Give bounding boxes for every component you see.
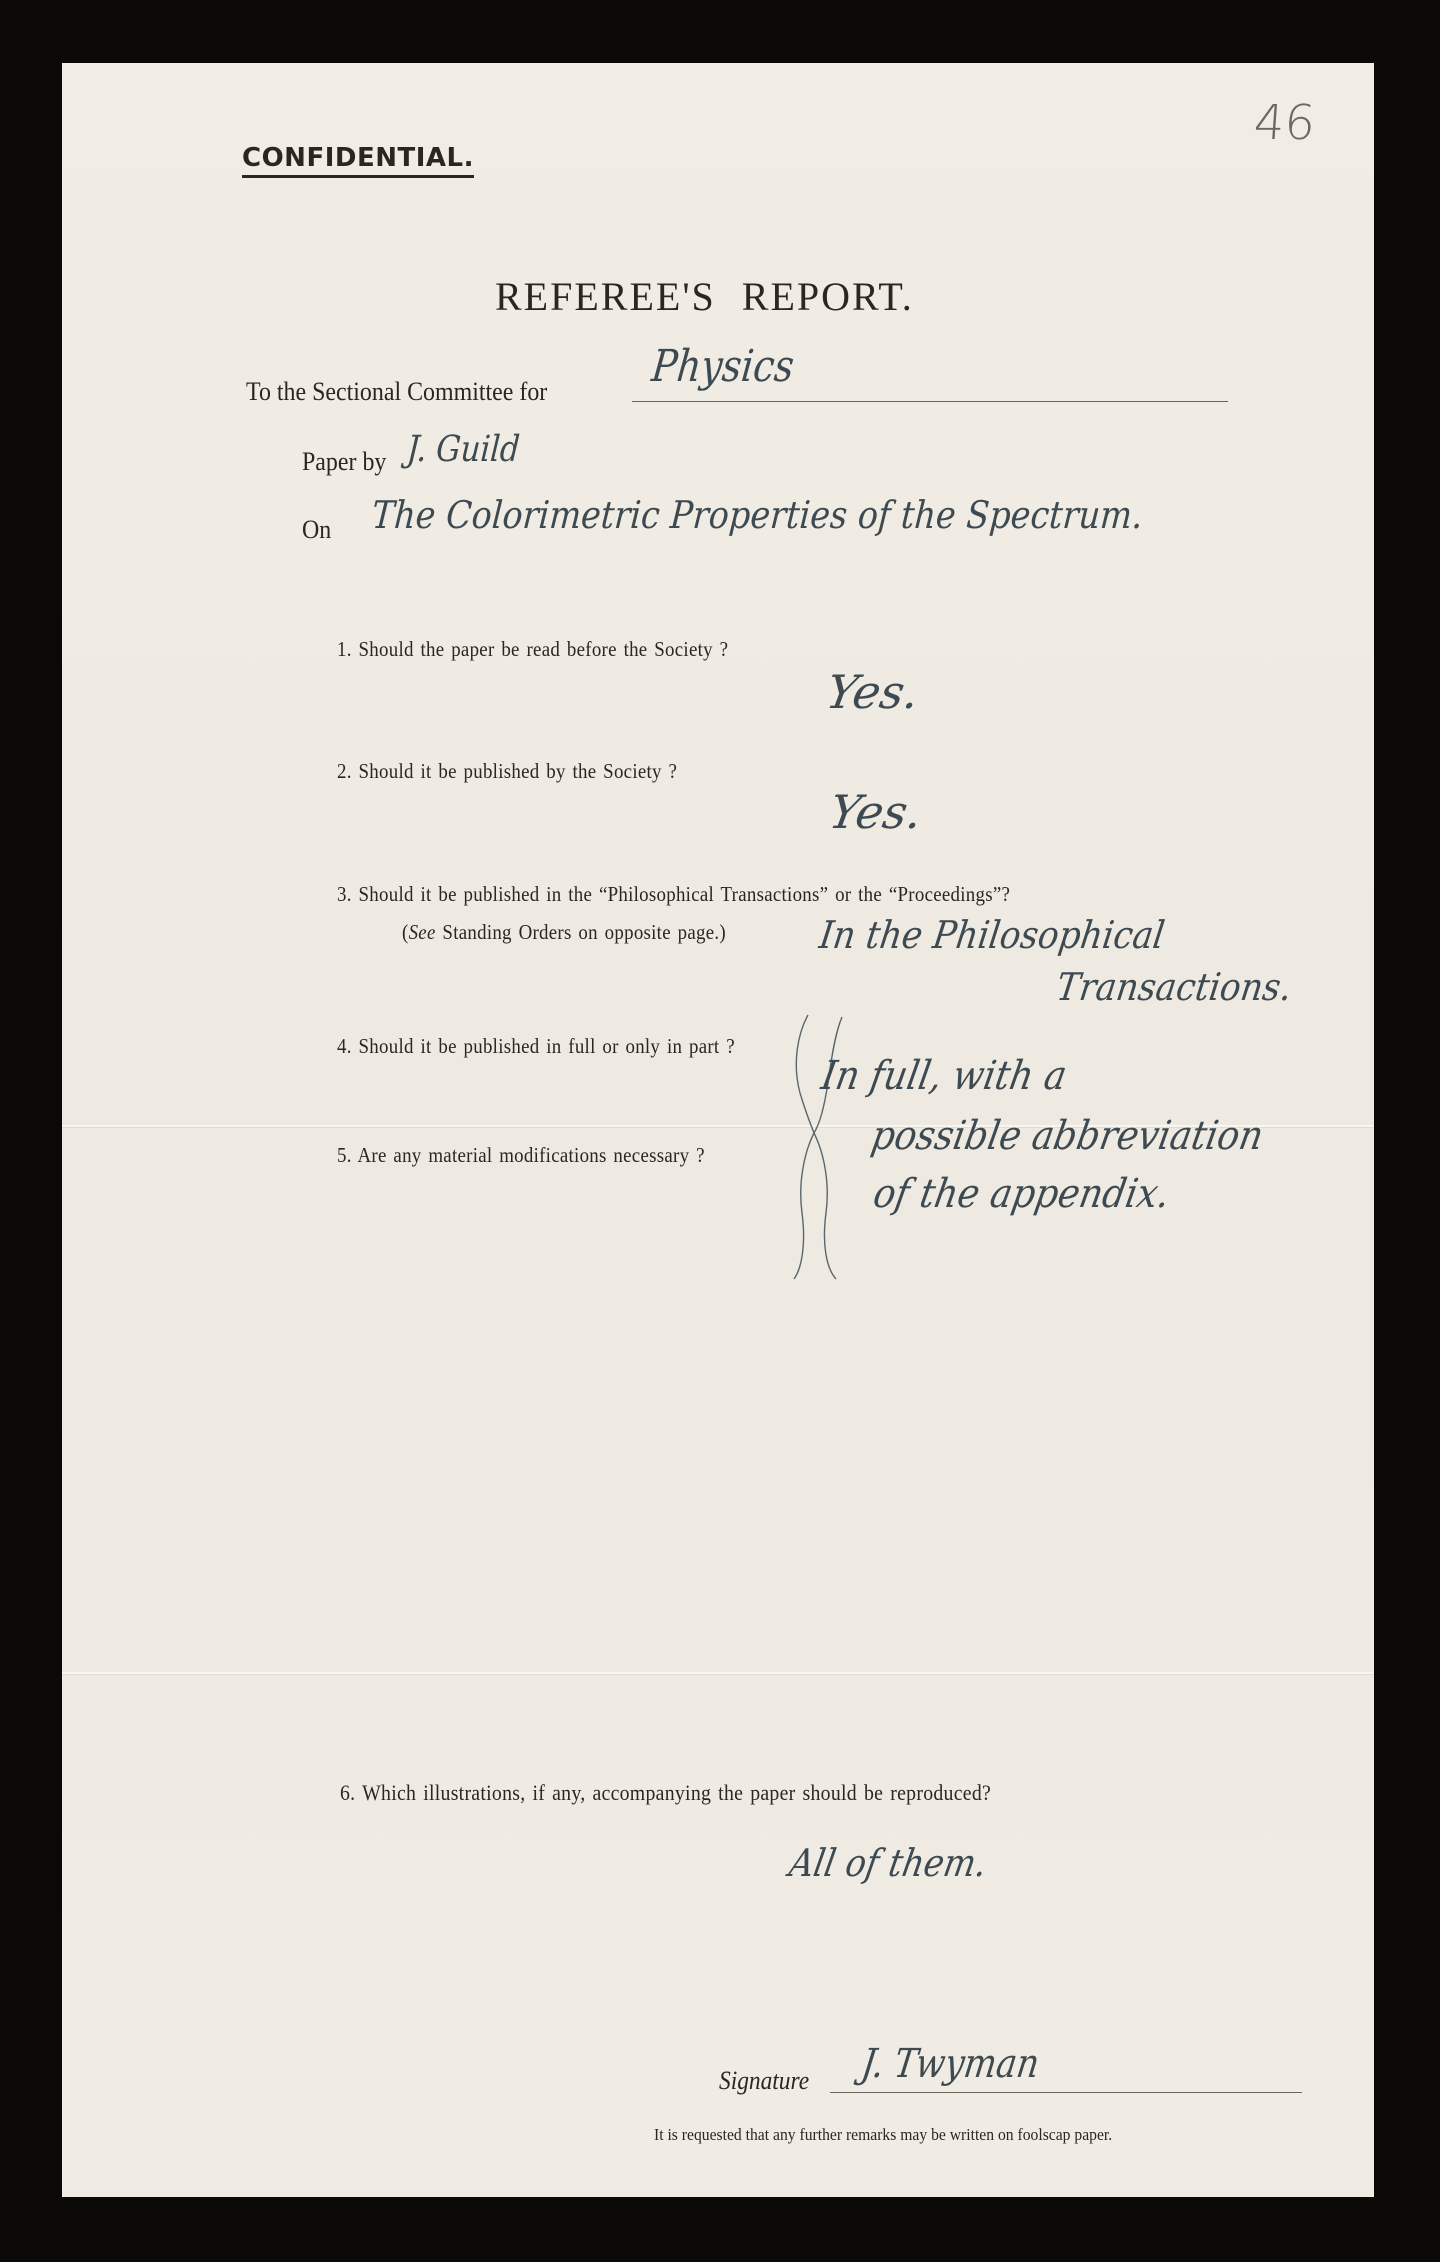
question-2: 2. Should it be published by the Society… [337, 759, 677, 784]
confidential-label: CONFIDENTIAL. [242, 143, 474, 178]
see-italic: See [409, 920, 436, 944]
paper-title-field[interactable]: The Colorimetric Properties of the Spect… [370, 493, 1144, 537]
question-6-text: Which illustrations, if any, accompanyin… [362, 1780, 991, 1805]
question-3-note: (See Standing Orders on opposite page.) [402, 920, 726, 945]
page-number: 46 [1252, 95, 1317, 151]
question-4-number: 4. [337, 1034, 352, 1058]
answer-4-5-line1[interactable]: In full, with a [818, 1053, 1070, 1099]
on-label: On [302, 515, 331, 545]
question-1-text: Should the paper be read before the Soci… [359, 637, 729, 661]
answer-4-5-line2[interactable]: possible abbreviation [868, 1113, 1267, 1159]
question-3-text: Should it be published in the “Philosoph… [359, 882, 1011, 906]
question-3-number: 3. [337, 882, 352, 906]
paper-by-label: Paper by [302, 447, 386, 477]
answer-1[interactable]: Yes. [822, 665, 923, 719]
paper-by-field[interactable]: J. Guild [406, 429, 522, 470]
answer-6[interactable]: All of them. [786, 1841, 990, 1885]
committee-field[interactable]: Physics [649, 341, 796, 392]
question-2-text: Should it be published by the Society ? [359, 759, 678, 783]
answer-4-5-line3[interactable]: of the appendix. [870, 1171, 1173, 1217]
question-3: 3. Should it be published in the “Philos… [337, 882, 1010, 907]
question-4: 4. Should it be published in full or onl… [337, 1034, 735, 1059]
question-5: 5. Are any material modifications necess… [337, 1143, 705, 1168]
committee-label: To the Sectional Committee for [246, 377, 547, 407]
question-1-number: 1. [337, 637, 352, 661]
answer-2[interactable]: Yes. [825, 785, 926, 839]
question-4-text: Should it be published in full or only i… [359, 1034, 735, 1058]
signature-field[interactable]: J. Twyman [859, 2041, 1042, 2087]
question-2-number: 2. [337, 759, 352, 783]
signature-label: Signature [719, 2066, 809, 2096]
referee-report-sheet: 46 CONFIDENTIAL. REFEREE'S REPORT. To th… [62, 63, 1374, 2197]
question-1: 1. Should the paper be read before the S… [337, 637, 728, 662]
committee-underline [632, 401, 1228, 402]
question-6: 6. Which illustrations, if any, accompan… [340, 1780, 991, 1806]
answer-3-line1[interactable]: In the Philosophical [817, 913, 1167, 957]
question-5-text: Are any material modifications necessary… [357, 1143, 704, 1167]
question-5-number: 5. [337, 1143, 352, 1167]
paper-fold-line [62, 1672, 1374, 1674]
footer-note: It is requested that any further remarks… [654, 2125, 1112, 2145]
question-6-number: 6. [340, 1780, 355, 1805]
answer-3-line2[interactable]: Transactions. [1054, 965, 1295, 1009]
signature-underline [830, 2092, 1302, 2093]
page-title: REFEREE'S REPORT. [495, 273, 914, 320]
